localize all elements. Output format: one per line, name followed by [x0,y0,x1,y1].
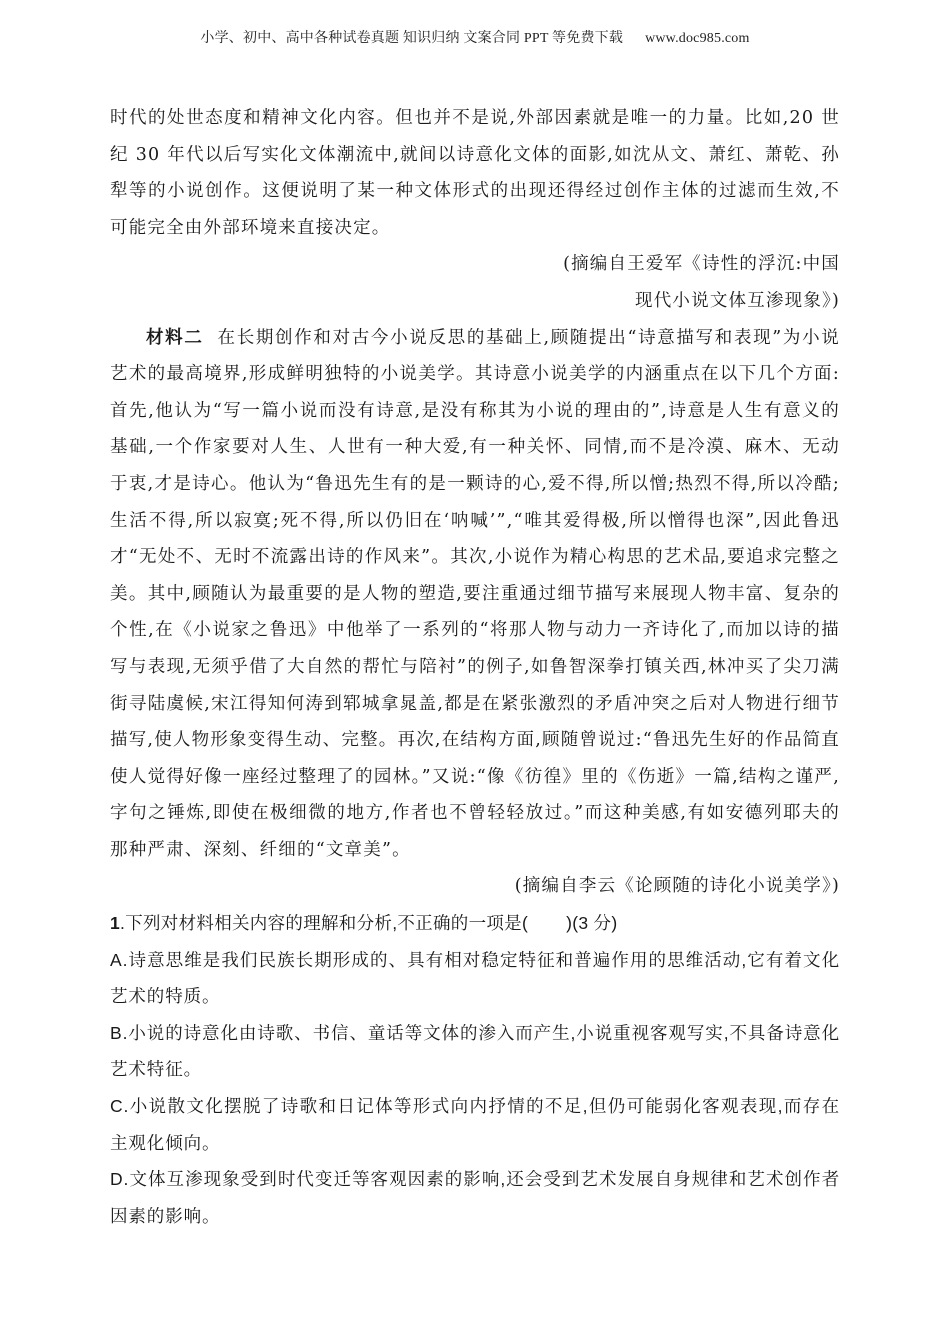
material-two-source: (摘编自李云《论顾随的诗化小说美学》) [110,868,840,905]
material-one-source-line2: 现代小说文体互渗现象》) [110,283,840,320]
question-stem: 1.下列对材料相关内容的理解和分析,不正确的一项是()(3 分) [110,905,840,942]
option-a: A.诗意思维是我们民族长期形成的、具有相对稳定特征和普遍作用的思维活动,它有着文… [110,942,840,1015]
header-banner-text: 小学、初中、高中各种试卷真题 知识归纳 文案合同 PPT 等免费下载 [200,31,623,46]
material-one-continuation: 时代的处世态度和精神文化内容。但也并不是说,外部因素就是唯一的力量。比如,20 … [110,100,840,246]
material-two-label: 材料二 [146,328,204,348]
option-c: C.小说散文化摆脱了诗歌和日记体等形式向内抒情的不足,但仍可能弱化客观表现,而存… [110,1088,840,1161]
header-url: www.doc985.com [645,31,750,46]
page-header: 小学、初中、高中各种试卷真题 知识归纳 文案合同 PPT 等免费下载www.do… [0,27,950,47]
option-b: B.小说的诗意化由诗歌、书信、童话等文体的渗入而产生,小说重视客观写实,不具备诗… [110,1015,840,1088]
question-stem-text: .下列对材料相关内容的理解和分析,不正确的一项是( [120,913,528,933]
option-d: D.文体互渗现象受到时代变迁等客观因素的影响,还会受到艺术发展自身规律和艺术创作… [110,1161,840,1234]
question-number: 1 [110,913,120,933]
question-score: )(3 分) [566,913,617,933]
material-two-text: 在长期创作和对古今小说反思的基础上,顾随提出“诗意描写和表现”为小说艺术的最高境… [110,328,840,860]
document-body: 时代的处世态度和精神文化内容。但也并不是说,外部因素就是唯一的力量。比如,20 … [110,100,840,1234]
material-two-paragraph: 材料二在长期创作和对古今小说反思的基础上,顾随提出“诗意描写和表现”为小说艺术的… [110,320,840,869]
material-one-source-line1: (摘编自王爱军《诗性的浮沉:中国 [110,246,840,283]
